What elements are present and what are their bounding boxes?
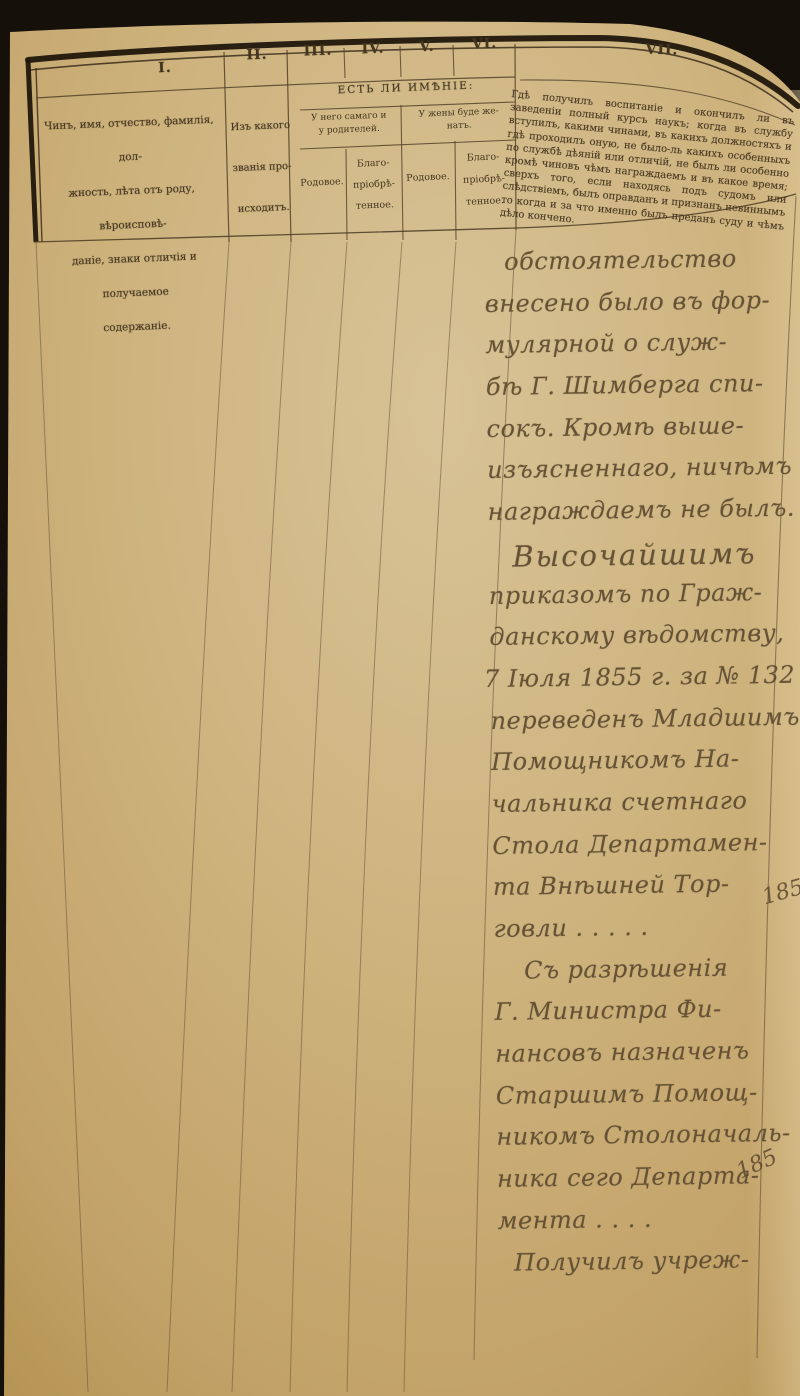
handwriting-line: данскому вѣдомству, [489, 619, 800, 665]
handwriting-line: мулярной о служ- [485, 327, 798, 373]
handwriting-line: мента . . . . [497, 1202, 800, 1248]
handwriting-line: нансовъ назначенъ [495, 1036, 800, 1082]
handwriting-line: бѣ Г. Шимберга спи- [486, 369, 799, 415]
column-numeral-5: V. [402, 38, 453, 56]
column1-header-line: Чинъ, имя, отчество, фамилія, дол- [33, 102, 226, 178]
column2-header: Изъ какого званія про- исходитъ. [229, 105, 296, 230]
cell-ancestral-wife: Родовое. [401, 171, 455, 184]
cell-acquired-line: пріобрѣ- [349, 173, 400, 196]
column1-header-line: жность, лѣта отъ роду, вѣроисповѣ- [36, 170, 229, 246]
cell-acquired-line: тенное. [349, 194, 400, 217]
handwriting-line: внесено было въ фор- [485, 285, 798, 331]
handwriting-line: Старшимъ Помощ- [496, 1077, 800, 1123]
column-numeral-2: II. [226, 46, 289, 64]
column7-header: Гдѣ получилъ воспитаніе и окончилъ ли въ… [499, 88, 794, 247]
estate-self-header: У него самаго и у родителей. [297, 109, 402, 139]
handwriting-line: изъясненнаго, ничѣмъ [487, 452, 800, 498]
handwriting-line: 7 Іюля 1855 г. за № 132 [484, 660, 800, 706]
handwriting-line: Г. Министра Фи- [494, 994, 800, 1040]
column-numeral-7: VII. [632, 41, 692, 59]
handwriting-line: сокъ. Кромѣ выше- [486, 410, 799, 456]
column2-header-line: Изъ какого [229, 105, 293, 148]
handwriting-line: та Внѣшней Тор- [493, 869, 800, 915]
handwriting-line: чальника счетнаго [492, 786, 800, 832]
handwriting-line: говли . . . . . [493, 911, 800, 957]
column-numeral-4: IV. [347, 40, 400, 58]
column-numeral-1: I. [140, 59, 191, 77]
column-numeral-3: III. [291, 42, 346, 60]
document-page: I. II. III. IV. V. VI. VII. Чинъ, имя, о… [0, 0, 800, 1396]
handwriting-line: приказомъ по Граж- [489, 577, 800, 623]
handwritten-entry: обстоятельство внесено было въ фор- муля… [484, 244, 800, 1290]
cell-acquired-self: Благо- пріобрѣ- тенное. [348, 152, 400, 217]
handwriting-line: Стола Департамен- [492, 827, 800, 873]
column2-header-line: званія про- [230, 146, 294, 189]
handwriting-line: переведенъ Младшимъ [490, 702, 800, 748]
column-numeral-6: VI. [456, 35, 514, 53]
column1-header-line: даніе, знаки отличія и получаемое [39, 238, 232, 314]
handwriting-line: обстоятельство [484, 244, 797, 290]
cell-ancestral-self: Родовое. [296, 176, 348, 189]
column2-header-line: исходитъ. [232, 187, 296, 230]
handwriting-line: награждаемъ не былъ. [487, 494, 800, 540]
handwriting-line: Помощникомъ На- [491, 744, 800, 790]
column1-header: Чинъ, имя, отчество, фамилія, дол- жност… [33, 102, 232, 347]
handwriting-line: Высочайшимъ [488, 535, 800, 581]
handwriting-line: Получилъ учреж- [498, 1244, 800, 1290]
handwriting-line: Съ разрѣшенія [494, 952, 800, 998]
cell-acquired-line: Благо- [348, 152, 399, 175]
estate-wife-header: У жены буде же- натъ. [403, 105, 514, 136]
